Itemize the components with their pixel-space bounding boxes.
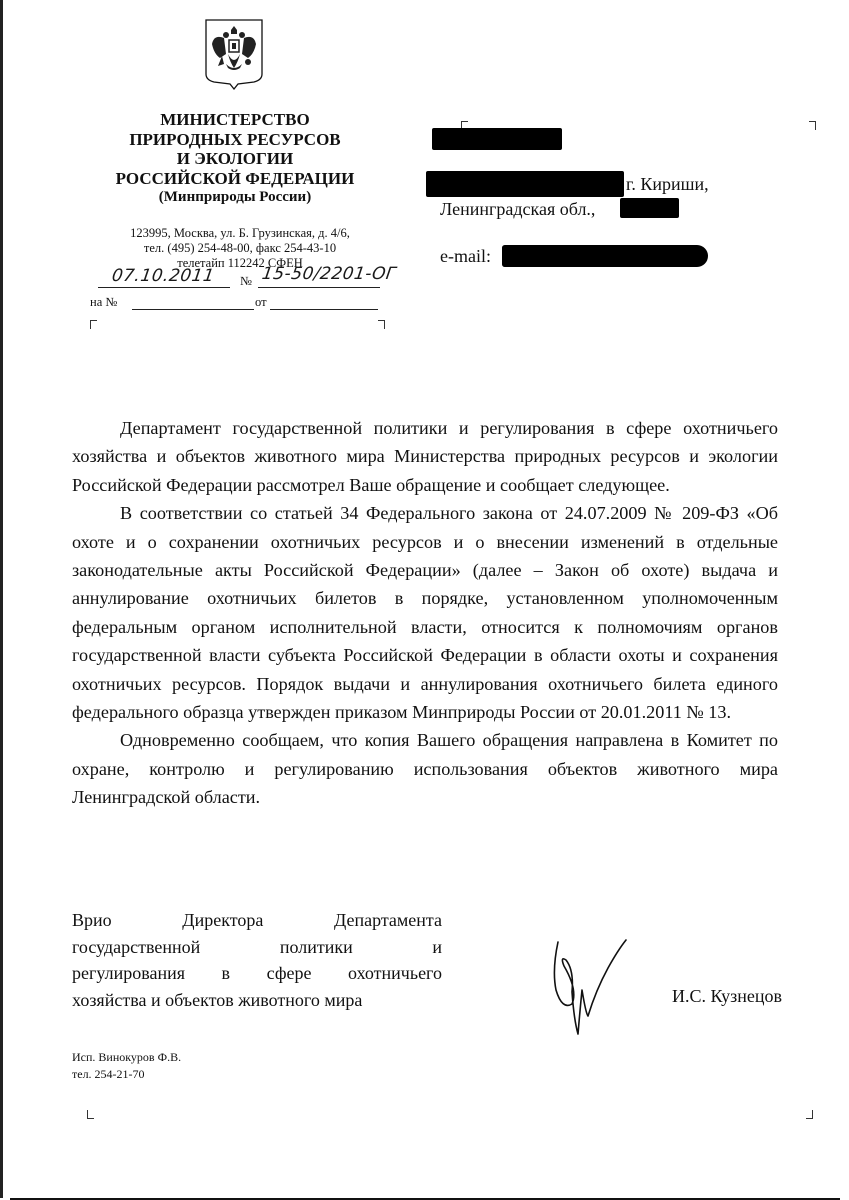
ministry-line: МИНИСТЕРСТВО bbox=[100, 110, 370, 130]
title-line: государственной политики и bbox=[72, 934, 442, 961]
coat-of-arms-icon bbox=[204, 18, 264, 90]
date-underline bbox=[98, 287, 230, 288]
corner-mark bbox=[90, 320, 97, 329]
reply-to-underline bbox=[132, 309, 254, 310]
signatory-title: Врио Директора Департамента государствен… bbox=[72, 907, 442, 1013]
ministry-short-name: (Минприроды России) bbox=[100, 188, 370, 208]
body-paragraph: В соответствии со статьей 34 Федеральног… bbox=[72, 499, 778, 726]
ministry-line: РОССИЙСКОЙ ФЕДЕРАЦИИ bbox=[100, 169, 370, 189]
from-label: от bbox=[255, 295, 267, 310]
from-underline bbox=[270, 309, 378, 310]
number-underline bbox=[258, 287, 380, 288]
ministry-line: И ЭКОЛОГИИ bbox=[100, 149, 370, 169]
corner-mark bbox=[806, 1110, 813, 1119]
address-line: 123995, Москва, ул. Б. Грузинская, д. 4/… bbox=[90, 226, 390, 241]
number-label: № bbox=[240, 274, 252, 289]
title-line: регулирования в сфере охотничьего bbox=[72, 960, 442, 987]
redacted-email bbox=[502, 245, 708, 267]
executor-info: Исп. Винокуров Ф.В. тел. 254-21-70 bbox=[72, 1049, 181, 1083]
executor-name: Исп. Винокуров Ф.В. bbox=[72, 1049, 181, 1066]
corner-mark bbox=[87, 1110, 94, 1119]
title-line: хозяйства и объектов животного мира bbox=[72, 987, 442, 1014]
reply-to-label: на № bbox=[90, 295, 117, 310]
body-paragraph: Департамент государственной политики и р… bbox=[72, 414, 778, 499]
scan-edge-left bbox=[0, 0, 3, 1198]
address-line: тел. (495) 254-48-00, факс 254-43-10 bbox=[90, 241, 390, 256]
recipient-city: г. Кириши, bbox=[626, 173, 709, 195]
letter-body: Департамент государственной политики и р… bbox=[72, 414, 778, 812]
redacted-postcode bbox=[620, 198, 679, 218]
ministry-line: ПРИРОДНЫХ РЕСУРСОВ bbox=[100, 130, 370, 150]
body-paragraph: Одновременно сообщаем, что копия Вашего … bbox=[72, 726, 778, 811]
recipient-region: Ленинградская обл., bbox=[440, 198, 595, 220]
signer-name: И.С. Кузнецов bbox=[672, 986, 782, 1007]
title-line: Врио Директора Департамента bbox=[72, 907, 442, 934]
executor-phone: тел. 254-21-70 bbox=[72, 1066, 181, 1083]
ministry-name: МИНИСТЕРСТВО ПРИРОДНЫХ РЕСУРСОВ И ЭКОЛОГ… bbox=[100, 110, 370, 208]
corner-mark bbox=[809, 121, 816, 130]
corner-mark bbox=[378, 320, 385, 329]
recipient-email-label: e-mail: bbox=[440, 245, 491, 267]
redacted-street-address bbox=[426, 171, 624, 197]
handwritten-signature-icon bbox=[550, 930, 640, 1040]
letter-date: 07.10.2011 bbox=[111, 266, 216, 286]
redacted-recipient-name bbox=[432, 128, 562, 150]
letter-number: 15-50/2201-ОГ bbox=[261, 264, 398, 284]
